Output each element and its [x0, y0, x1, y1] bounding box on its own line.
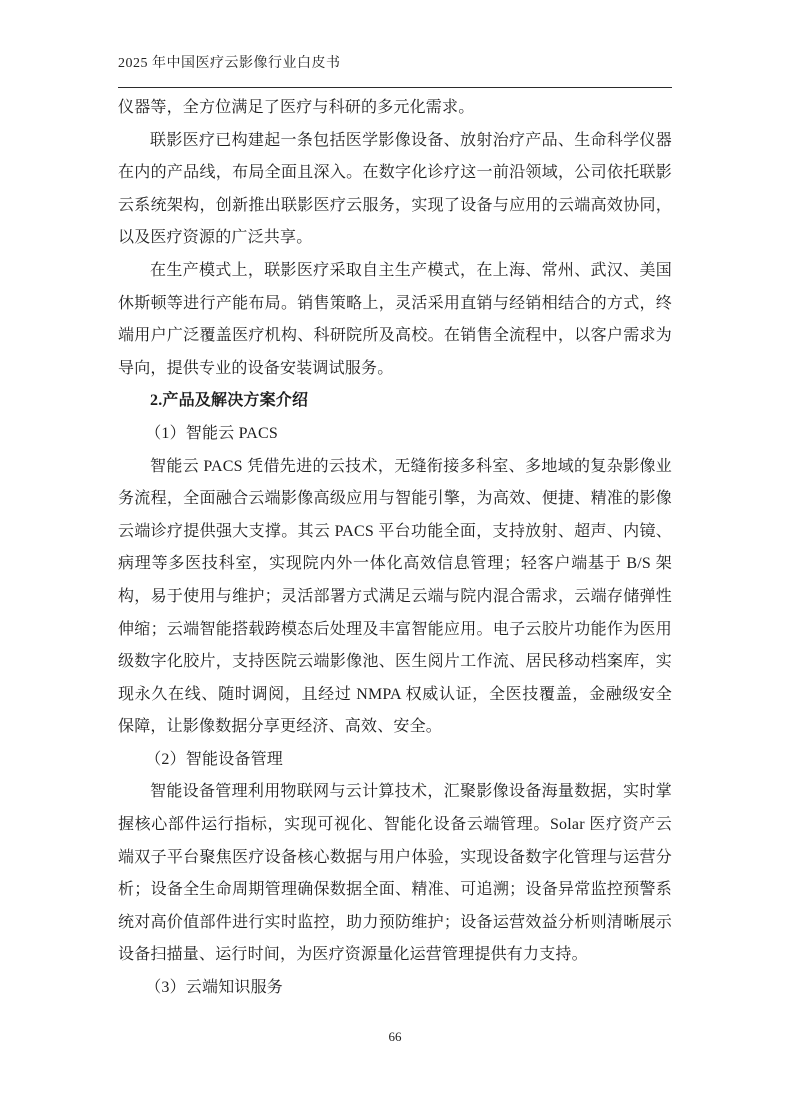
paragraph-continuation: 仪器等，全方位满足了医疗与科研的多元化需求。: [118, 92, 672, 125]
subsection-heading-2: （2）智能设备管理: [118, 744, 672, 777]
paragraph: 智能云 PACS 凭借先进的云技术，无缝衔接多科室、多地域的复杂影像业务流程，全…: [118, 451, 672, 744]
paragraph: 在生产模式上，联影医疗采取自主生产模式，在上海、常州、武汉、美国休斯顿等进行产能…: [118, 255, 672, 385]
running-header-title: 2025 年中国医疗云影像行业白皮书: [118, 55, 672, 73]
header-divider: [118, 87, 672, 88]
subsection-heading-3: （3）云端知识服务: [118, 972, 672, 1005]
document-page: 2025 年中国医疗云影像行业白皮书 仪器等，全方位满足了医疗与科研的多元化需求…: [0, 0, 790, 1117]
page-number: 66: [389, 1029, 402, 1044]
paragraph: 联影医疗已构建起一条包括医学影像设备、放射治疗产品、生命科学仪器在内的产品线，布…: [118, 125, 672, 255]
page-footer: 66: [0, 1029, 790, 1045]
section-heading: 2.产品及解决方案介绍: [118, 385, 672, 418]
subsection-heading-1: （1）智能云 PACS: [118, 418, 672, 451]
paragraph: 智能设备管理利用物联网与云计算技术，汇聚影像设备海量数据，实时掌握核心部件运行指…: [118, 776, 672, 972]
page-header: 2025 年中国医疗云影像行业白皮书: [118, 55, 672, 88]
document-body: 仪器等，全方位满足了医疗与科研的多元化需求。 联影医疗已构建起一条包括医学影像设…: [118, 92, 672, 1005]
